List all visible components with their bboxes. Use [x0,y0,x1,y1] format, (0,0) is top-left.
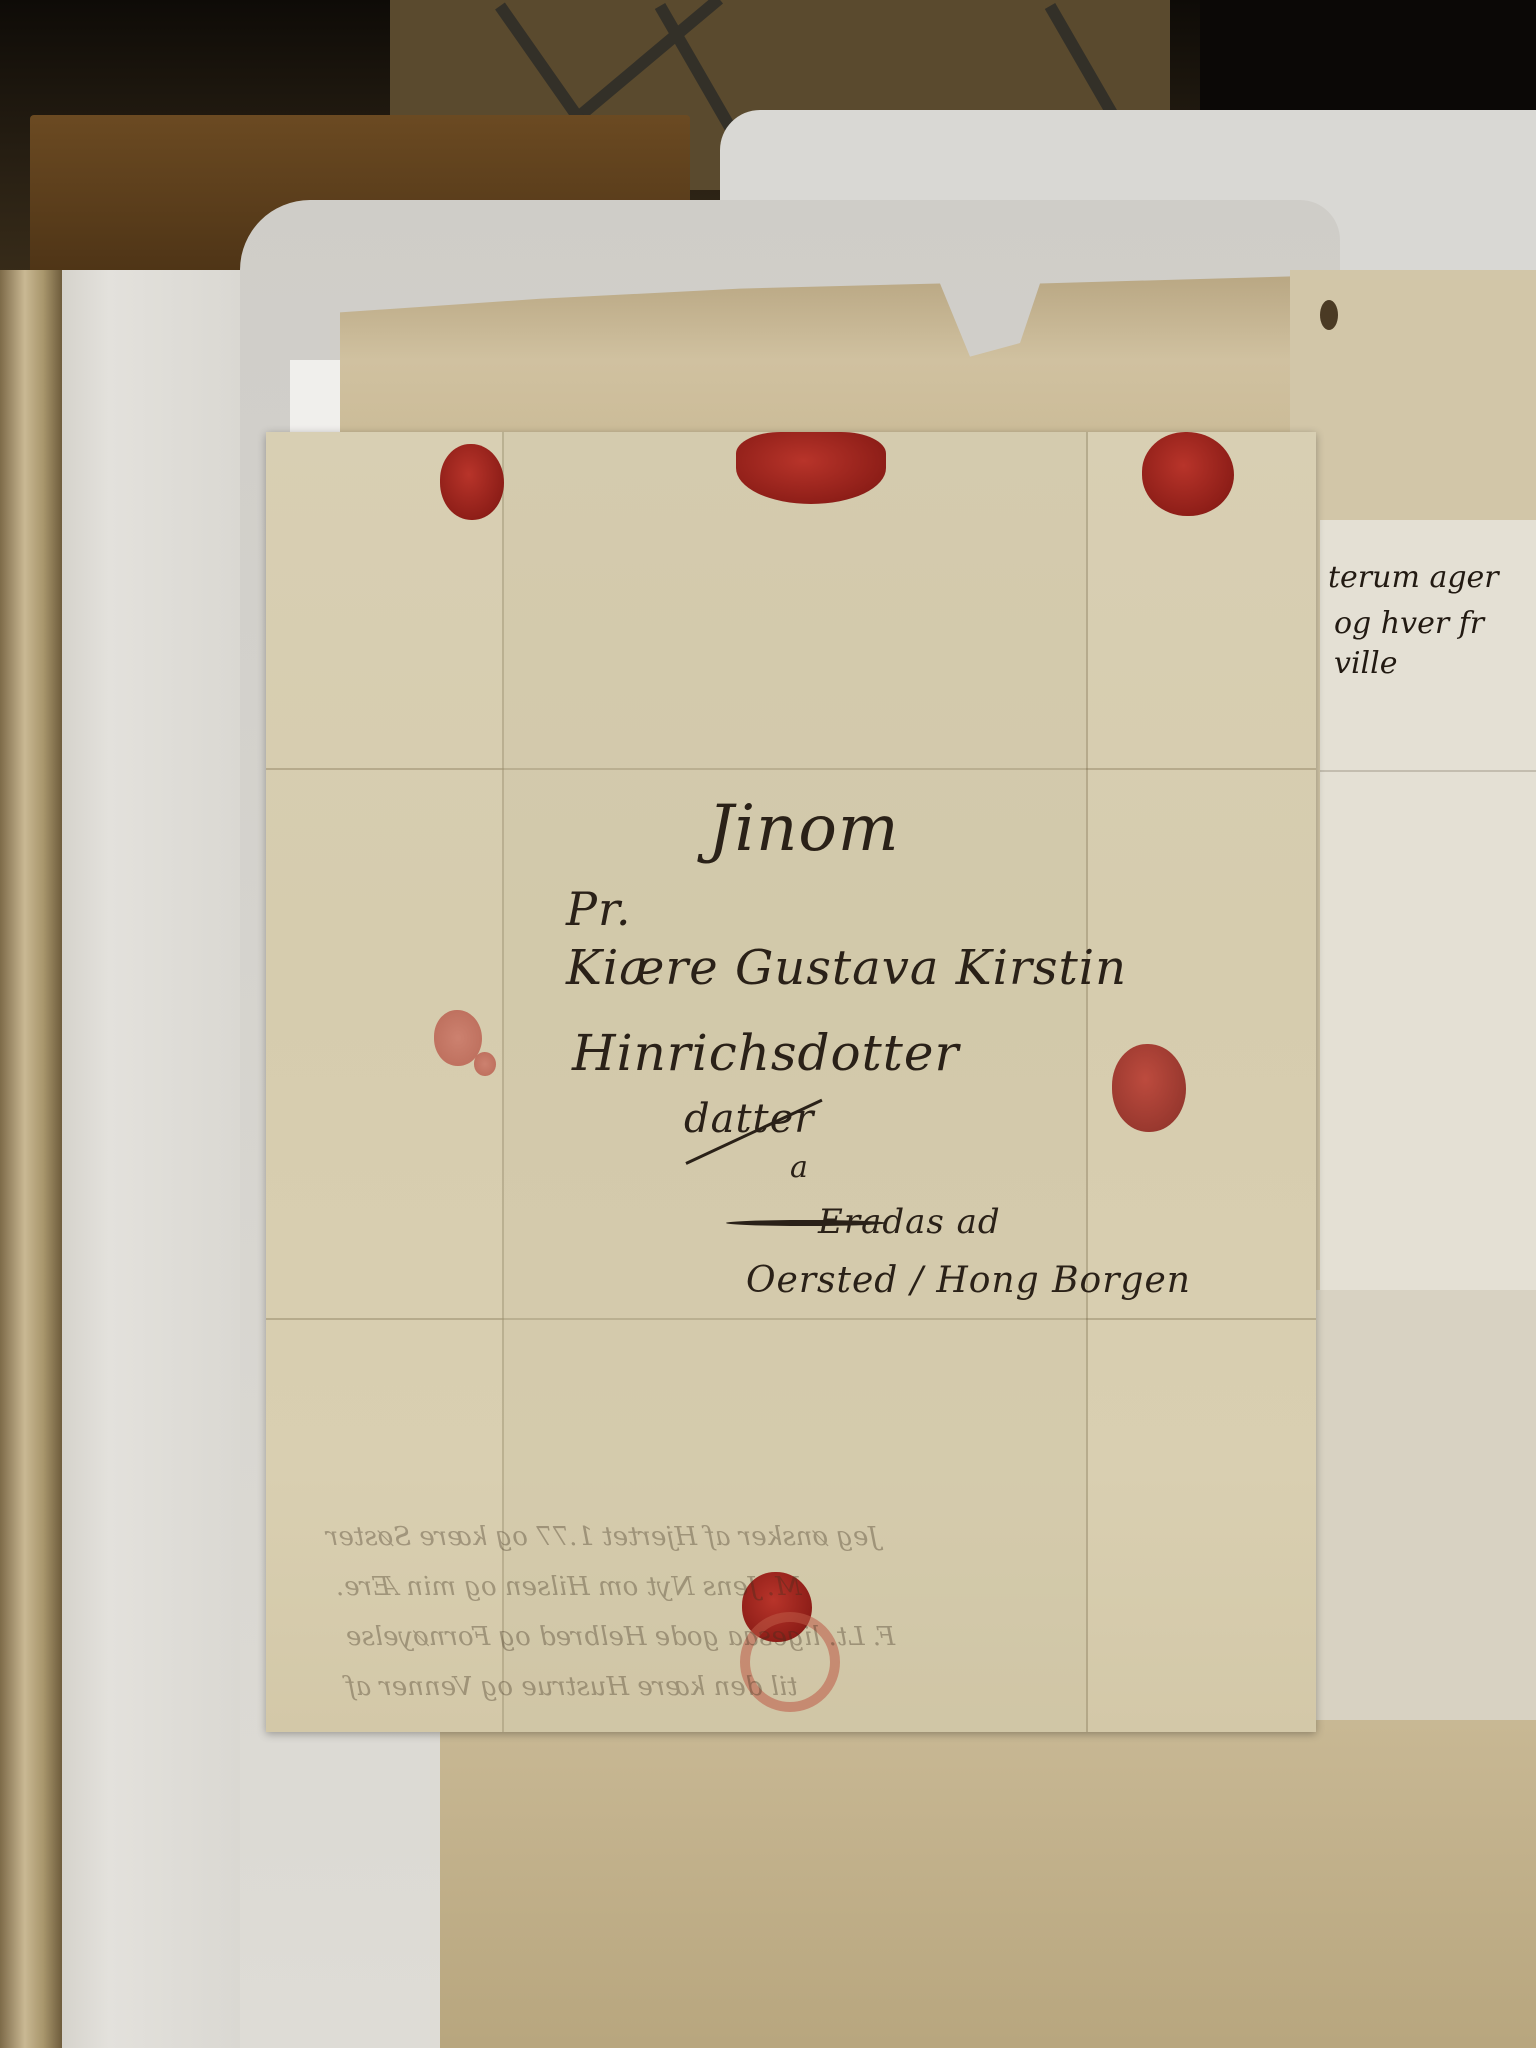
wax-seal [1142,432,1234,516]
bleed-through-line: til den kære Hustrue og Venner af [346,1672,798,1702]
right-doc-line: ville [1334,646,1398,681]
wax-seal [736,432,886,504]
hole-in-paper [1320,300,1338,330]
address-line: Pr. [566,882,632,936]
wax-seal-remnant [474,1052,496,1076]
bleed-through-line: Jeg ønsker af Hjertet 1.77 og kære Søste… [326,1522,879,1552]
right-document-page: terum ager og hver fr ville [1320,520,1536,1290]
address-line: Oersted / Hong Borgen [746,1260,1191,1301]
bleed-through-line: F. Lt. ligesaa gode Helbred og Fornøyels… [346,1622,895,1652]
address-line: Jinom [708,792,900,866]
folded-letter: Jinom Pr. Kiære Gustava Kirstin Hinrichs… [266,432,1316,1732]
right-doc-line: terum ager [1328,560,1499,595]
underlying-paper [440,1720,1536,2048]
wax-seal [1112,1044,1186,1132]
address-line: Kiære Gustava Kirstin [566,940,1127,996]
fold-line [1086,432,1088,1732]
address-line: Eradas ad [818,1202,1001,1242]
right-document-lower [1300,1290,1536,1730]
wax-seal [440,444,504,520]
address-line: Hinrichsdotter [572,1024,959,1082]
bleed-through-line: M. Jens Nyt om Hilsen og min Ære. [336,1572,802,1602]
book-edge [0,270,62,2048]
address-line: a [790,1150,809,1185]
book-page-stack [40,270,270,2048]
fold-line [1320,770,1536,772]
right-doc-line: og hver fr [1334,606,1484,641]
